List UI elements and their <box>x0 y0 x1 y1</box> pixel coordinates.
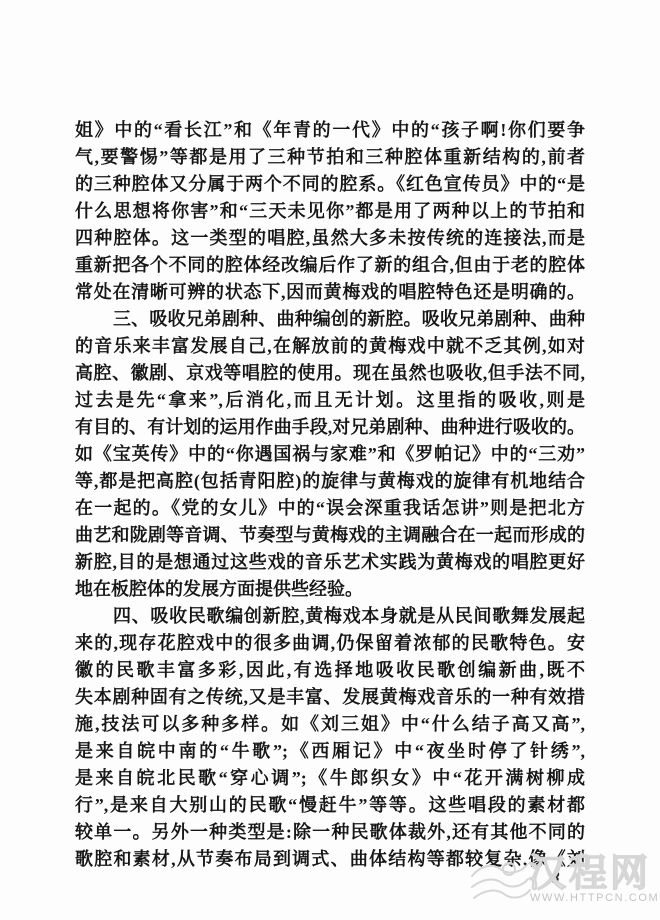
text-line: 行”,是来自大别山的民歌“慢赶牛”等等。这些唱段的素材都 <box>75 792 585 819</box>
text-line: 过去是先“拿来”,后消化,而且无计划。这里指的吸收,则是 <box>75 387 585 414</box>
text-line: 有目的、有计划的运用作曲手段,对兄弟剧种、曲种进行吸收的。 <box>75 414 585 441</box>
watermark-site-url: WWW.HTTPCN.COM <box>530 892 659 904</box>
text-line: 失本剧种固有之传统,又是丰富、发展黄梅戏音乐的一种有效措 <box>75 684 585 711</box>
text-line: 的音乐来丰富发展自己,在解放前的黄梅戏中就不乏其例,如对 <box>75 333 585 360</box>
text-line: 如《宝英传》中的“你遇国祸与家难”和《罗帕记》中的“三劝” <box>75 441 585 468</box>
text-line: 四、吸收民歌编创新腔,黄梅戏本身就是从民间歌舞发展起 <box>75 603 585 630</box>
text-line: 较单一。另外一种类型是:除一种民歌体裁外,还有其他不同的 <box>75 819 585 846</box>
text-line: 等,都是把高腔(包括青阳腔)的旋律与黄梅戏的旋律有机地结合 <box>75 468 585 495</box>
text-line: 曲艺和陇剧等音调、节奏型与黄梅戏的主调融合在一起而形成的 <box>75 522 585 549</box>
text-block: 姐》中的“看长江”和《年青的一代》中的“孩子啊!你们要争气,要警惕”等都是用了三… <box>75 117 585 873</box>
text-line: 三、吸收兄弟剧种、曲种编创的新腔。吸收兄弟剧种、曲种 <box>75 306 585 333</box>
text-line: 是来自皖中南的“牛歌”;《西厢记》中“夜坐时停了针绣”, <box>75 738 585 765</box>
text-line: 地在板腔体的发展方面提供些经验。 <box>75 576 585 603</box>
text-line: 气,要警惕”等都是用了三种节拍和三种腔体重新结构的,前者 <box>75 144 585 171</box>
scanned-book-page: 姐》中的“看长江”和《年青的一代》中的“孩子啊!你们要争气,要警惕”等都是用了三… <box>0 0 660 920</box>
text-line: 重新把各个不同的腔体经改编后作了新的组合,但由于老的腔体 <box>75 252 585 279</box>
text-line: 常处在清晰可辨的状态下,因而黄梅戏的唱腔特色还是明确的。 <box>75 279 585 306</box>
text-line: 徽的民歌丰富多彩,因此,有选择地吸收民歌创编新曲,既不 <box>75 657 585 684</box>
text-line: 施,技法可以多种多样。如《刘三姐》中“什么结子高又高”, <box>75 711 585 738</box>
text-line: 歌腔和素材,从节奏布局到调式、曲体结构等都较复杂,像《刘 <box>75 846 585 873</box>
text-line: 来的,现存花腔戏中的很多曲调,仍保留着浓郁的民歌特色。安 <box>75 630 585 657</box>
text-line: 在一起的。《党的女儿》中的“误会深重我话怎讲”则是把北方 <box>75 495 585 522</box>
text-line: 什么思想将你害”和“三天未见你”都是用了两种以上的节拍和 <box>75 198 585 225</box>
text-line: 的三种腔体又分属于两个不同的腔系。《红色宣传员》中的“是 <box>75 171 585 198</box>
text-line: 是来自皖北民歌“穿心调”;《牛郎织女》中“花开满树柳成 <box>75 765 585 792</box>
text-line: 姐》中的“看长江”和《年青的一代》中的“孩子啊!你们要争 <box>75 117 585 144</box>
page-number: 8 <box>551 868 560 888</box>
text-line: 新腔,目的是想通过这些戏的音乐艺术实践为黄梅戏的唱腔更好 <box>75 549 585 576</box>
text-line: 四种腔体。这一类型的唱腔,虽然大多未按传统的连接法,而是 <box>75 225 585 252</box>
text-line: 高腔、徽剧、京戏等唱腔的使用。现在虽然也吸收,但手法不同, <box>75 360 585 387</box>
